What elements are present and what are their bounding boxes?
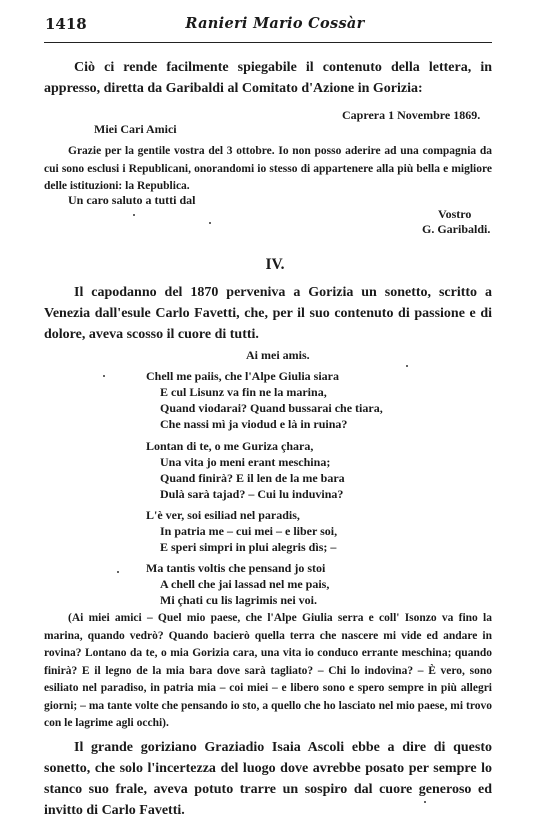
letter-valediction: Vostro: [438, 207, 471, 222]
letter-closing-line: Un caro saluto a tutti dal: [68, 193, 195, 208]
letter-place-date: Caprera 1 Novembre 1869.: [342, 108, 480, 123]
closing-paragraph: Il grande goriziano Graziadio Isaia Asco…: [44, 737, 492, 821]
poem-line: Che nassi mì ja viodud e là in ruina?: [160, 417, 347, 432]
poem-line: Una vita jo meni erant meschina;: [160, 455, 330, 470]
scan-speck: [117, 571, 119, 573]
scan-speck: [424, 801, 426, 803]
running-title: Ranieri Mario Cossàr: [0, 15, 550, 32]
intro-paragraph: Ciò ci rende facilmente spiegabile il co…: [44, 57, 492, 99]
scan-speck: [103, 375, 105, 377]
letter-signature: G. Garibaldi.: [422, 222, 490, 237]
scan-speck: [406, 365, 408, 367]
section-heading: IV.: [0, 256, 550, 274]
poem-line: Mi çhati cu lis lagrimis nei voi.: [160, 593, 317, 608]
section-paragraph: Il capodanno del 1870 perveniva a Gorizi…: [44, 282, 492, 345]
poem-line: E cul Lisunz va fin ne la marina,: [160, 385, 327, 400]
header-rule: [44, 42, 492, 43]
poem-line: A chell che jai lassad nel me pais,: [160, 577, 329, 592]
poem-line: E speri simpri in plui alegris dìs; –: [160, 540, 336, 555]
poem-line: Ma tantis voltis che pensand jo stoi: [146, 561, 325, 576]
letter-body: Grazie per la gentile vostra del 3 ottob…: [44, 143, 492, 196]
book-page: 1418 Ranieri Mario Cossàr Ciò ci rende f…: [0, 0, 550, 825]
poem-line: Dulà sarà tajad? – Cui lu induvina?: [160, 487, 343, 502]
translation-paragraph: (Ai miei amici – Quel mio paese, che l'A…: [44, 610, 492, 733]
poem-line: Lontan di te, o me Guriza çhara,: [146, 439, 313, 454]
scan-speck: [133, 214, 135, 216]
poem-line: In patria me – cui mei – e liber soi,: [160, 524, 337, 539]
poem-title: Ai mei amis.: [246, 348, 310, 363]
letter-salutation: Miei Cari Amici: [94, 122, 177, 137]
poem-line: Chell me paiis, che l'Alpe Giulia siara: [146, 369, 339, 384]
poem-line: Quand finirà? E il len de la me bara: [160, 471, 345, 486]
poem-line: Quand viodarai? Quand bussarai che tiara…: [160, 401, 383, 416]
poem-line: L'è ver, soi esiliad nel paradis,: [146, 508, 300, 523]
scan-speck: [209, 222, 211, 224]
